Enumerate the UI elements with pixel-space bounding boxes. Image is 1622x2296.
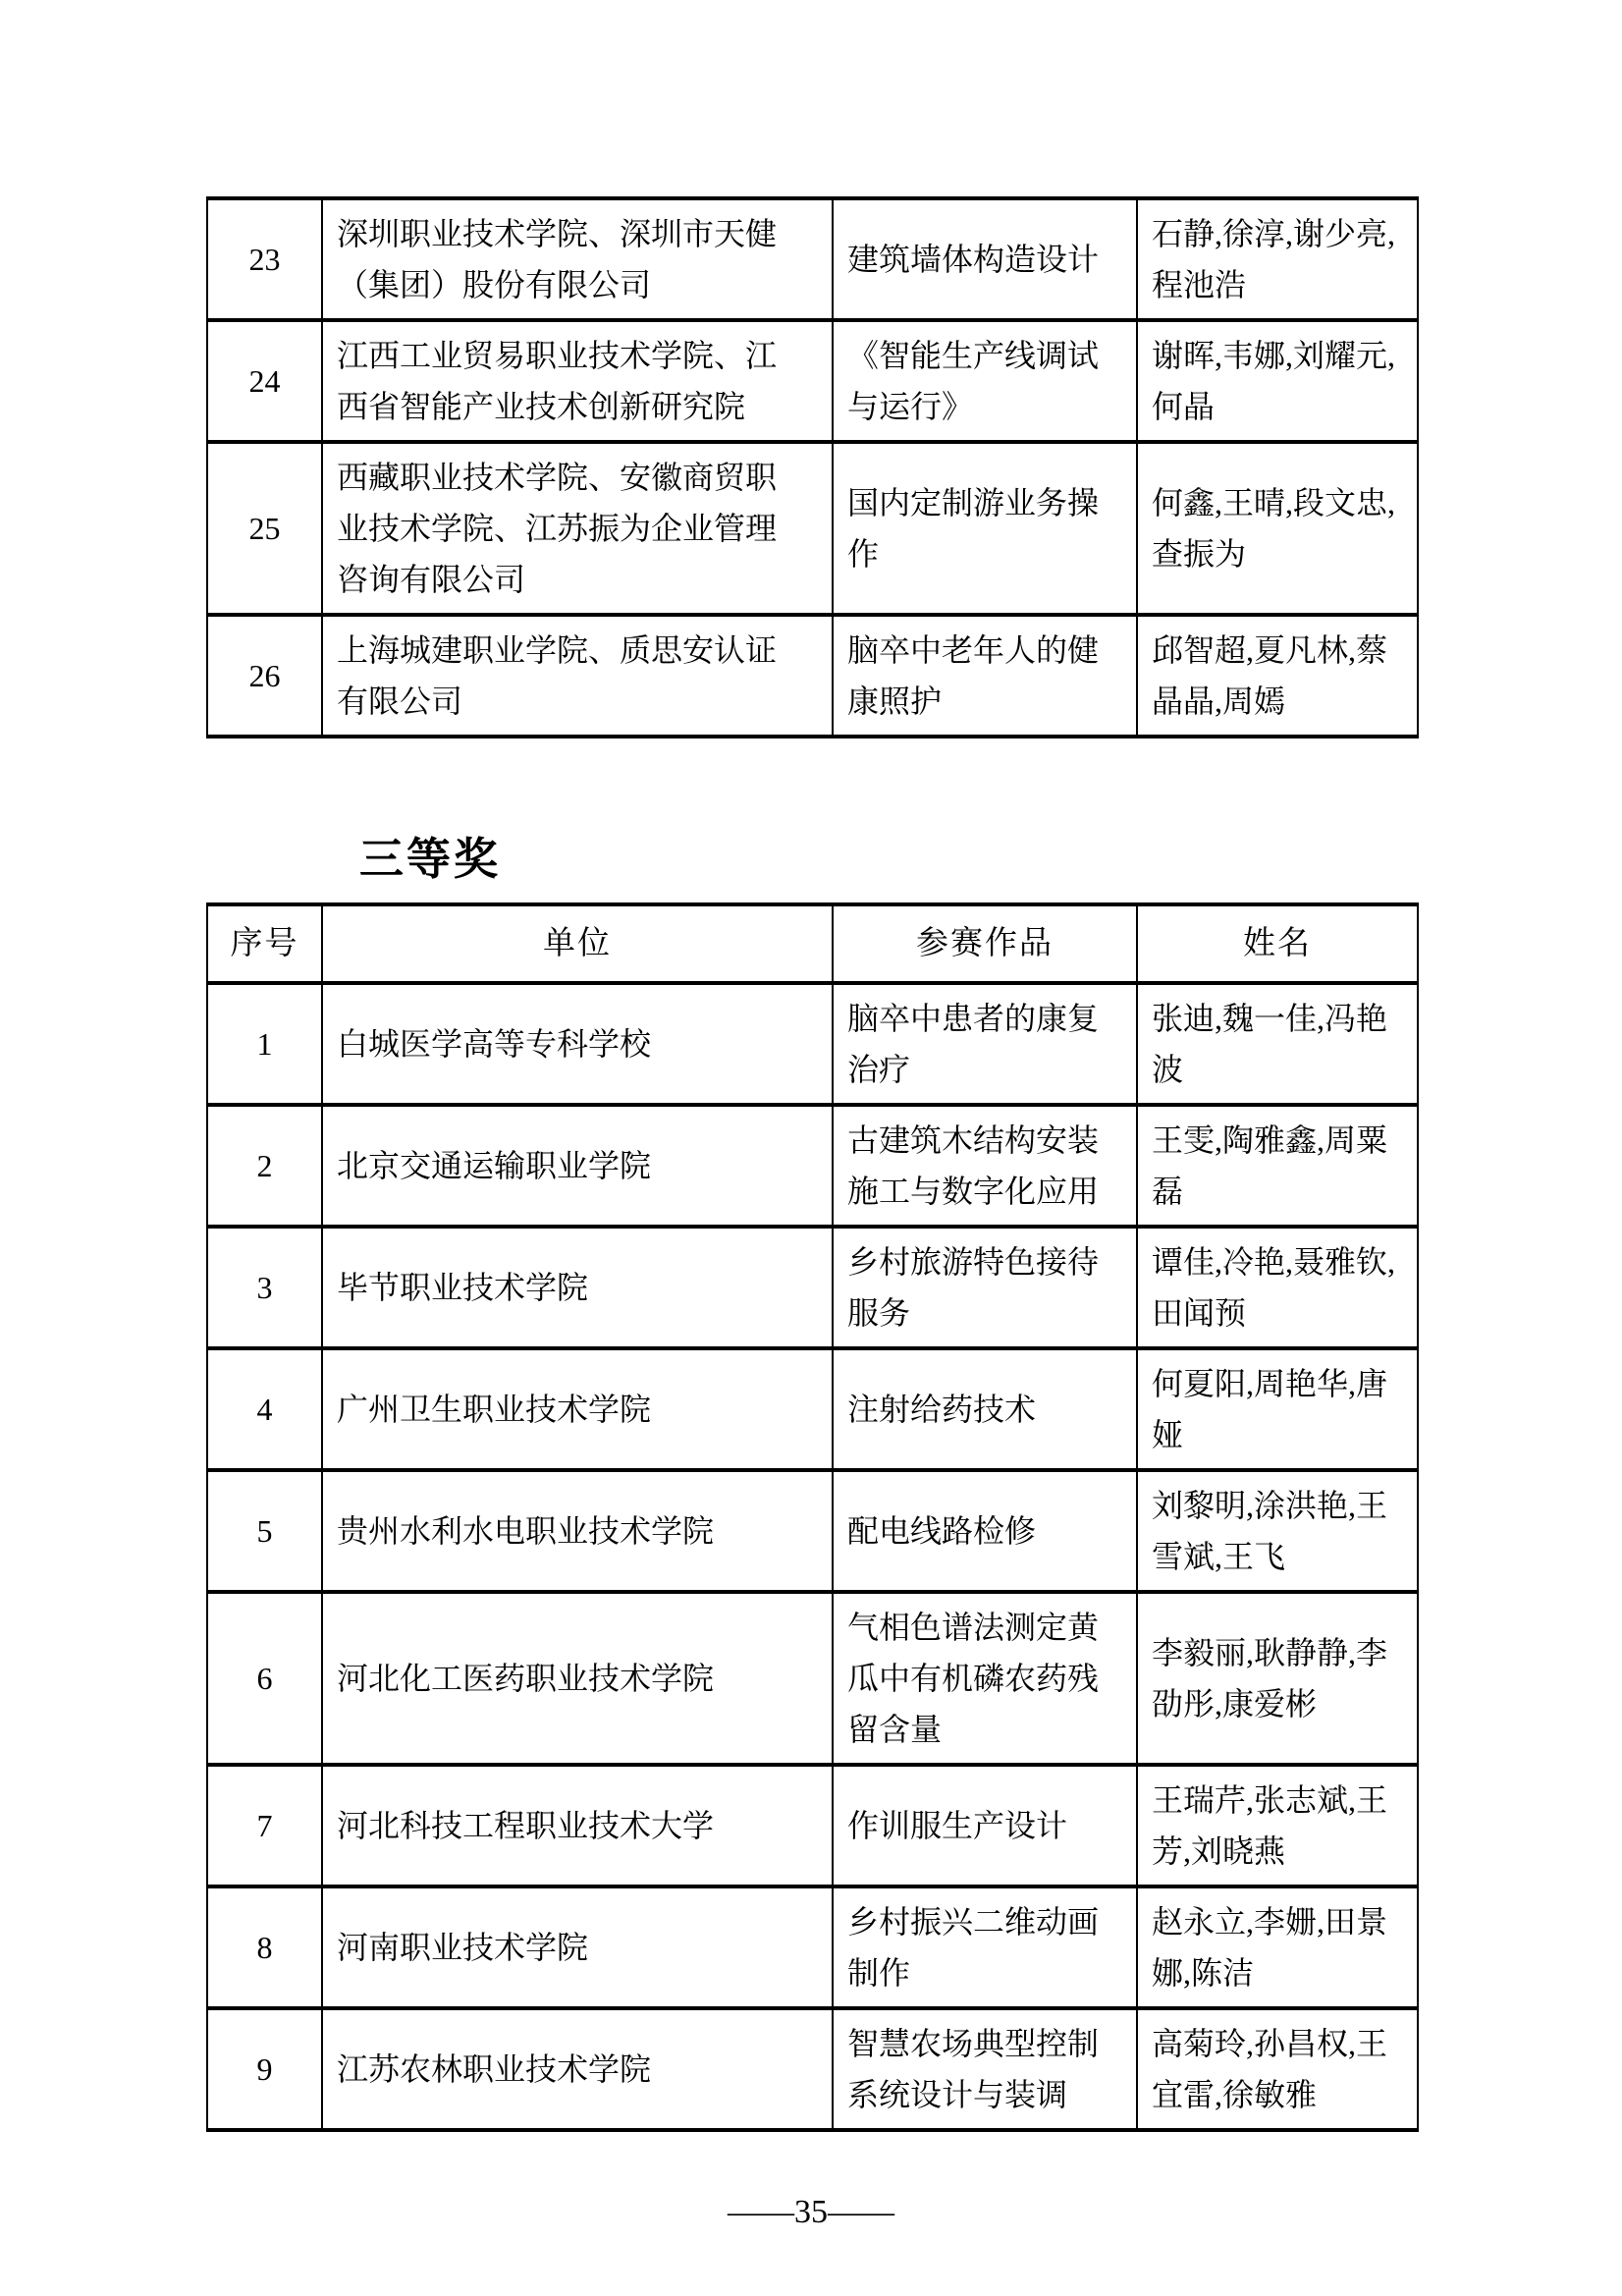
names-cell: 谭佳,冷艳,聂雅钦,田闻预 <box>1137 1227 1418 1348</box>
table-row: 4广州卫生职业技术学院注射给药技术何夏阳,周艳华,唐娅 <box>207 1348 1418 1470</box>
table-row: 25西藏职业技术学院、安徽商贸职业技术学院、江苏振为企业管理咨询有限公司国内定制… <box>207 442 1418 615</box>
row-no-cell: 23 <box>207 198 322 320</box>
award-table-continued-body: 23深圳职业技术学院、深圳市天健（集团）股份有限公司建筑墙体构造设计石静,徐淳,… <box>207 198 1418 737</box>
row-no-cell: 9 <box>207 2008 322 2130</box>
names-cell: 张迪,魏一佳,冯艳波 <box>1137 983 1418 1105</box>
work-cell: 配电线路检修 <box>833 1470 1137 1592</box>
work-cell: 乡村旅游特色接待服务 <box>833 1227 1137 1348</box>
names-cell: 王瑞芹,张志斌,王芳,刘晓燕 <box>1137 1765 1418 1886</box>
work-cell: 脑卒中老年人的健康照护 <box>833 615 1137 737</box>
table-row: 26上海城建职业学院、质思安认证有限公司脑卒中老年人的健康照护邱智超,夏凡林,蔡… <box>207 615 1418 737</box>
row-no-cell: 4 <box>207 1348 322 1470</box>
names-cell: 高菊玲,孙昌权,王宜雷,徐敏雅 <box>1137 2008 1418 2130</box>
unit-cell: 北京交通运输职业学院 <box>322 1105 833 1227</box>
table-row: 8河南职业技术学院乡村振兴二维动画制作赵永立,李姗,田景娜,陈洁 <box>207 1886 1418 2008</box>
unit-cell: 贵州水利水电职业技术学院 <box>322 1470 833 1592</box>
names-cell: 刘黎明,涂洪艳,王雪斌,王飞 <box>1137 1470 1418 1592</box>
table-row: 1白城医学高等专科学校脑卒中患者的康复治疗张迪,魏一佳,冯艳波 <box>207 983 1418 1105</box>
unit-cell: 毕节职业技术学院 <box>322 1227 833 1348</box>
work-cell: 《智能生产线调试与运行》 <box>833 320 1137 442</box>
table-row: 2北京交通运输职业学院古建筑木结构安装施工与数字化应用王雯,陶雅鑫,周粟磊 <box>207 1105 1418 1227</box>
row-no-cell: 8 <box>207 1886 322 2008</box>
third-prize-table: 序号 单位 参赛作品 姓名 1白城医学高等专科学校脑卒中患者的康复治疗张迪,魏一… <box>206 902 1419 2132</box>
names-cell: 李毅丽,耿静静,李劭彤,康爱彬 <box>1137 1592 1418 1765</box>
unit-cell: 白城医学高等专科学校 <box>322 983 833 1105</box>
unit-cell: 深圳职业技术学院、深圳市天健（集团）股份有限公司 <box>322 198 833 320</box>
table-row: 6河北化工医药职业技术学院气相色谱法测定黄瓜中有机磷农药残留含量李毅丽,耿静静,… <box>207 1592 1418 1765</box>
work-cell: 古建筑木结构安装施工与数字化应用 <box>833 1105 1137 1227</box>
work-cell: 乡村振兴二维动画制作 <box>833 1886 1137 2008</box>
table-row: 7河北科技工程职业技术大学作训服生产设计王瑞芹,张志斌,王芳,刘晓燕 <box>207 1765 1418 1886</box>
names-cell: 王雯,陶雅鑫,周粟磊 <box>1137 1105 1418 1227</box>
table-row: 5贵州水利水电职业技术学院配电线路检修刘黎明,涂洪艳,王雪斌,王飞 <box>207 1470 1418 1592</box>
names-cell: 邱智超,夏凡林,蔡晶晶,周嫣 <box>1137 615 1418 737</box>
work-cell: 注射给药技术 <box>833 1348 1137 1470</box>
unit-cell: 江西工业贸易职业技术学院、江西省智能产业技术创新研究院 <box>322 320 833 442</box>
row-no-cell: 7 <box>207 1765 322 1886</box>
names-cell: 赵永立,李姗,田景娜,陈洁 <box>1137 1886 1418 2008</box>
names-cell: 石静,徐淳,谢少亮,程池浩 <box>1137 198 1418 320</box>
names-cell: 何夏阳,周艳华,唐娅 <box>1137 1348 1418 1470</box>
third-prize-table-body: 1白城医学高等专科学校脑卒中患者的康复治疗张迪,魏一佳,冯艳波2北京交通运输职业… <box>207 983 1418 2130</box>
header-cell-work: 参赛作品 <box>833 904 1137 983</box>
header-cell-no: 序号 <box>207 904 322 983</box>
row-no-cell: 26 <box>207 615 322 737</box>
document-content: 23深圳职业技术学院、深圳市天健（集团）股份有限公司建筑墙体构造设计石静,徐淳,… <box>206 196 1421 2132</box>
row-no-cell: 25 <box>207 442 322 615</box>
row-no-cell: 1 <box>207 983 322 1105</box>
section-title-third-prize: 三等奖 <box>359 823 1421 887</box>
header-cell-unit: 单位 <box>322 904 833 983</box>
award-table-continued: 23深圳职业技术学院、深圳市天健（集团）股份有限公司建筑墙体构造设计石静,徐淳,… <box>206 196 1419 738</box>
work-cell: 国内定制游业务操作 <box>833 442 1137 615</box>
row-no-cell: 2 <box>207 1105 322 1227</box>
table-row: 23深圳职业技术学院、深圳市天健（集团）股份有限公司建筑墙体构造设计石静,徐淳,… <box>207 198 1418 320</box>
names-cell: 何鑫,王晴,段文忠,查振为 <box>1137 442 1418 615</box>
row-no-cell: 3 <box>207 1227 322 1348</box>
table-row: 3毕节职业技术学院乡村旅游特色接待服务谭佳,冷艳,聂雅钦,田闻预 <box>207 1227 1418 1348</box>
unit-cell: 上海城建职业学院、质思安认证有限公司 <box>322 615 833 737</box>
document-page: { "page": { "footer_page_number": "——35—… <box>0 0 1622 2296</box>
work-cell: 智慧农场典型控制系统设计与装调 <box>833 2008 1137 2130</box>
work-cell: 作训服生产设计 <box>833 1765 1137 1886</box>
work-cell: 建筑墙体构造设计 <box>833 198 1137 320</box>
work-cell: 气相色谱法测定黄瓜中有机磷农药残留含量 <box>833 1592 1137 1765</box>
unit-cell: 西藏职业技术学院、安徽商贸职业技术学院、江苏振为企业管理咨询有限公司 <box>322 442 833 615</box>
row-no-cell: 6 <box>207 1592 322 1765</box>
table-row: 9江苏农林职业技术学院智慧农场典型控制系统设计与装调高菊玲,孙昌权,王宜雷,徐敏… <box>207 2008 1418 2130</box>
unit-cell: 江苏农林职业技术学院 <box>322 2008 833 2130</box>
row-no-cell: 5 <box>207 1470 322 1592</box>
work-cell: 脑卒中患者的康复治疗 <box>833 983 1137 1105</box>
row-no-cell: 24 <box>207 320 322 442</box>
unit-cell: 广州卫生职业技术学院 <box>322 1348 833 1470</box>
header-cell-names: 姓名 <box>1137 904 1418 983</box>
unit-cell: 河北科技工程职业技术大学 <box>322 1765 833 1886</box>
table-row: 24江西工业贸易职业技术学院、江西省智能产业技术创新研究院《智能生产线调试与运行… <box>207 320 1418 442</box>
unit-cell: 河北化工医药职业技术学院 <box>322 1592 833 1765</box>
unit-cell: 河南职业技术学院 <box>322 1886 833 2008</box>
page-number: ——35—— <box>0 2194 1622 2231</box>
table-header-row: 序号 单位 参赛作品 姓名 <box>207 904 1418 983</box>
names-cell: 谢晖,韦娜,刘耀元,何晶 <box>1137 320 1418 442</box>
